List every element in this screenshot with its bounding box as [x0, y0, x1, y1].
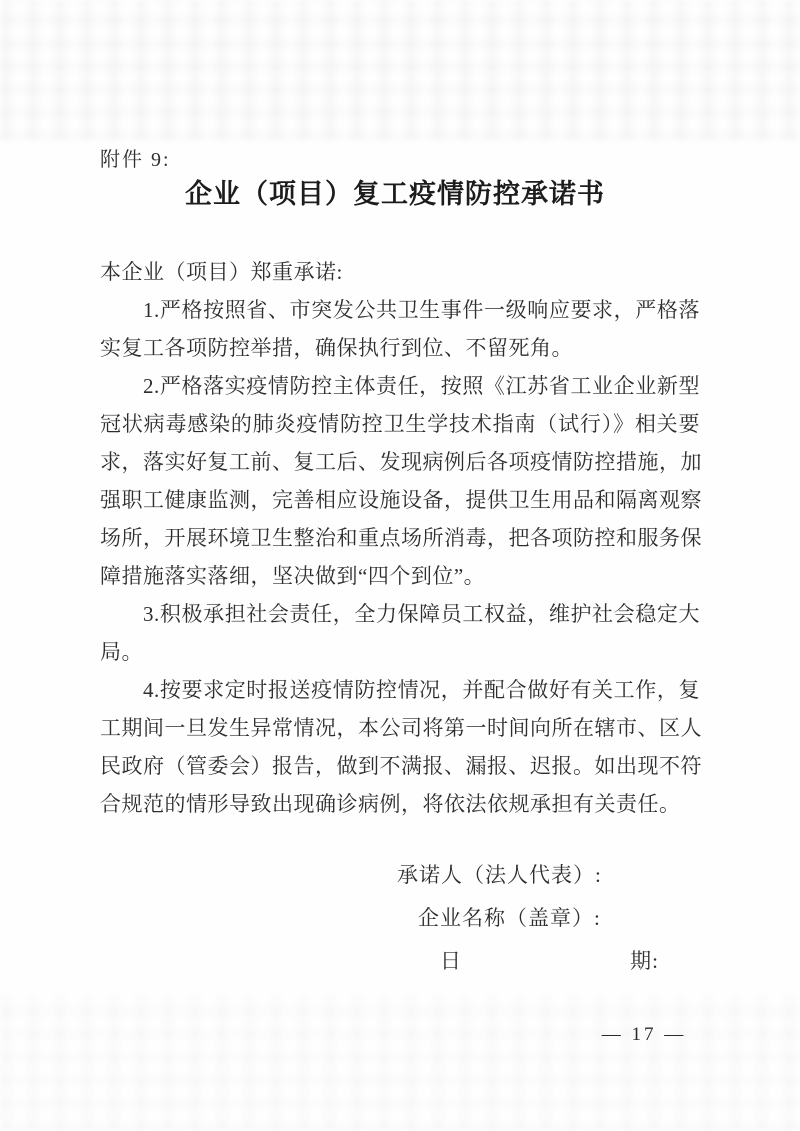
document-page: 附件 9: 企业（项目）复工疫情防控承诺书 本企业（项目）郑重承诺:1.严格按照… [0, 0, 800, 1131]
date-line: 日 期: [440, 940, 659, 983]
body-line: 4.按要求定时报送疫情防控情况，并配合做好有关工作，复 [100, 671, 700, 709]
body-line: 冠状病毒感染的肺炎疫情防控卫生学技术指南（试行）》相关要 [100, 405, 700, 443]
document-body: 本企业（项目）郑重承诺:1.严格按照省、市突发公共卫生事件一级响应要求，严格落实… [100, 253, 700, 823]
document-title: 企业（项目）复工疫情防控承诺书 [95, 172, 695, 211]
body-line: 求，落实好复工前、复工后、发现病例后各项疫情防控措施，加 [100, 443, 700, 481]
company-name-line: 企业名称（盖章）: [397, 897, 667, 940]
body-line: 场所，开展环境卫生整治和重点场所消毒，把各项防控和服务保 [100, 519, 700, 557]
body-line: 民政府（管委会）报告，做到不满报、漏报、迟报。如出现不符 [100, 747, 700, 785]
body-line: 障措施落实落细，坚决做到“四个到位”。 [100, 557, 700, 595]
attachment-label: 附件 9: [100, 143, 171, 172]
date-label-right: 期: [630, 940, 659, 983]
scan-noise-top [0, 0, 800, 140]
body-line: 2.严格落实疫情防控主体责任，按照《江苏省工业企业新型 [100, 367, 700, 405]
signature-block: 承诺人（法人代表）: 企业名称（盖章）: 日 期: [397, 854, 667, 983]
body-line: 1.严格按照省、市突发公共卫生事件一级响应要求，严格落 [100, 291, 700, 329]
page-number: — 17 — [601, 1024, 687, 1046]
body-line: 本企业（项目）郑重承诺: [100, 253, 700, 291]
body-line: 合规范的情形导致出现确诊病例，将依法依规承担有关责任。 [100, 785, 700, 823]
body-line: 局。 [100, 633, 700, 671]
body-line: 实复工各项防控举措，确保执行到位、不留死角。 [100, 329, 700, 367]
date-label-left: 日 [440, 940, 462, 983]
body-line: 3.积极承担社会责任，全力保障员工权益，维护社会稳定大 [100, 595, 700, 633]
signatory-line: 承诺人（法人代表）: [397, 854, 667, 897]
body-line: 强职工健康监测，完善相应设施设备，提供卫生用品和隔离观察 [100, 481, 700, 519]
body-line: 工期间一旦发生异常情况，本公司将第一时间向所在辖市、区人 [100, 709, 700, 747]
scan-noise-bottom [0, 995, 800, 1131]
